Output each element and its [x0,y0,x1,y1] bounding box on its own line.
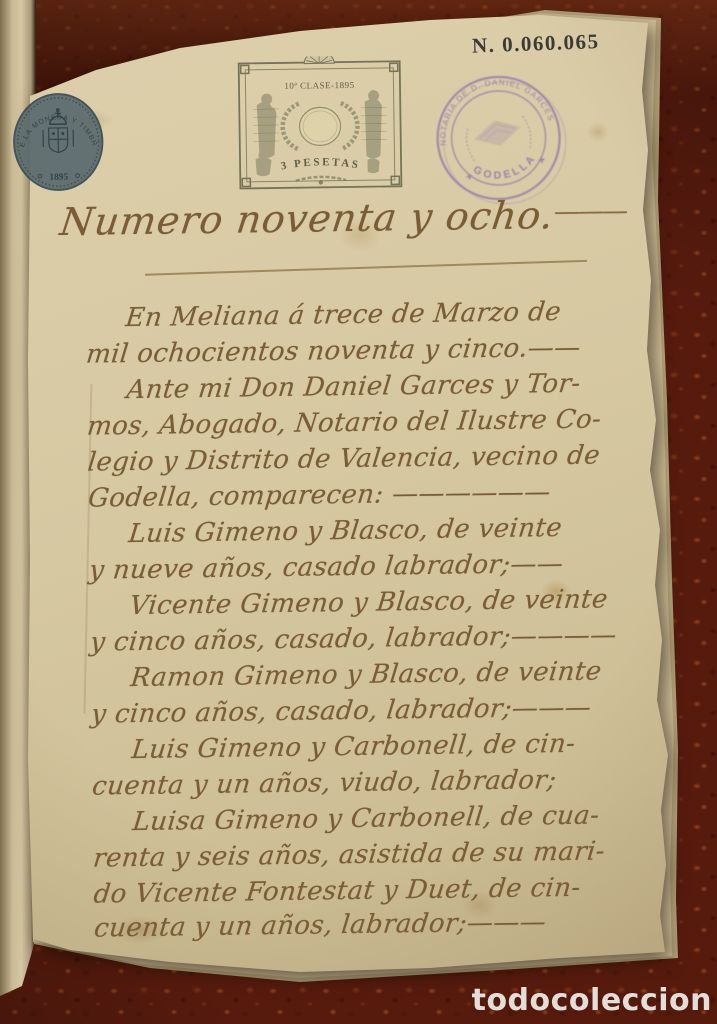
photo-of-notarial-document: N. 0.060.065 DE LA MONEDA Y TIMBRE 1895 [0,0,717,1024]
mint-seal-stamp: DE LA MONEDA Y TIMBRE 1895 [11,91,106,192]
manuscript-line: Luis Gimeno y Carbonell, de cin- [130,729,577,765]
serial-number: N. 0.060.065 [472,29,600,58]
manuscript-line: y nueve años, casado labrador;—— [88,549,565,586]
document-content: N. 0.060.065 DE LA MONEDA Y TIMBRE 1895 [0,0,717,1024]
manuscript-title-row: Numero noventa y ocho.——— [60,192,626,244]
allegorical-figure-left [255,93,278,176]
manuscript-line: renta y seis años, asistida de su mari- [92,836,607,873]
manuscript-line: Luis Gimeno y Blasco, de veinte [127,513,564,549]
manuscript-line: Luisa Gimeno y Carbonell, de cua- [131,801,601,838]
manuscript-title: Numero noventa y ocho. [58,193,557,244]
manuscript-line: Ramon Gimeno y Blasco, de veinte [129,656,603,693]
manuscript-line: mos, Abogado, Notario del Ilustre Co- [86,404,603,441]
manuscript-line: Ante mi Don Daniel Garces y Tor- [125,369,582,405]
revenue-stamp: 10ª CLASE-1895 3 PESETAS [236,55,404,194]
title-flourish-line: ——— [554,196,626,227]
manuscript-line: y cinco años, casado, labrador;——— [90,693,593,730]
manuscript-line: cuenta y un años, labrador;——— [93,907,548,943]
manuscript-line: mil ochocientos noventa y cinco.—— [85,333,583,370]
stamp-value-text: 3 PESETAS [280,156,362,173]
fan-ornament [304,55,334,63]
manuscript-line: cuenta y un años, viudo, labrador; [91,765,558,802]
notary-arc-bottom-text: GODELLA [469,150,542,188]
title-underline [145,260,587,276]
manuscript-line: Vicente Gimeno y Blasco, de veinte [128,584,609,621]
manuscript-line: legio y Distrito de Valencia, vecino de [86,440,602,477]
seal-year-text: 1895 [49,173,68,183]
manuscript-line: do Vicente Fontestat y Duet, de cin- [92,873,582,910]
manuscript-line: y cinco años, casado, labrador;———— [89,620,619,657]
stamp-class-text: 10ª CLASE-1895 [284,80,354,91]
manuscript-line: En Meliana á trece de Marzo de [124,297,563,333]
notary-emblem-book-icon [463,113,533,162]
notary-arc-bottom-textpath: GODELLA [469,150,542,188]
manuscript-line: Godella, comparecen: —————— [87,477,553,514]
blank-oval [299,107,341,146]
stamp-value-textpath: 3 PESETAS [280,156,362,173]
watermark-label: todocoleccion [472,983,712,1018]
